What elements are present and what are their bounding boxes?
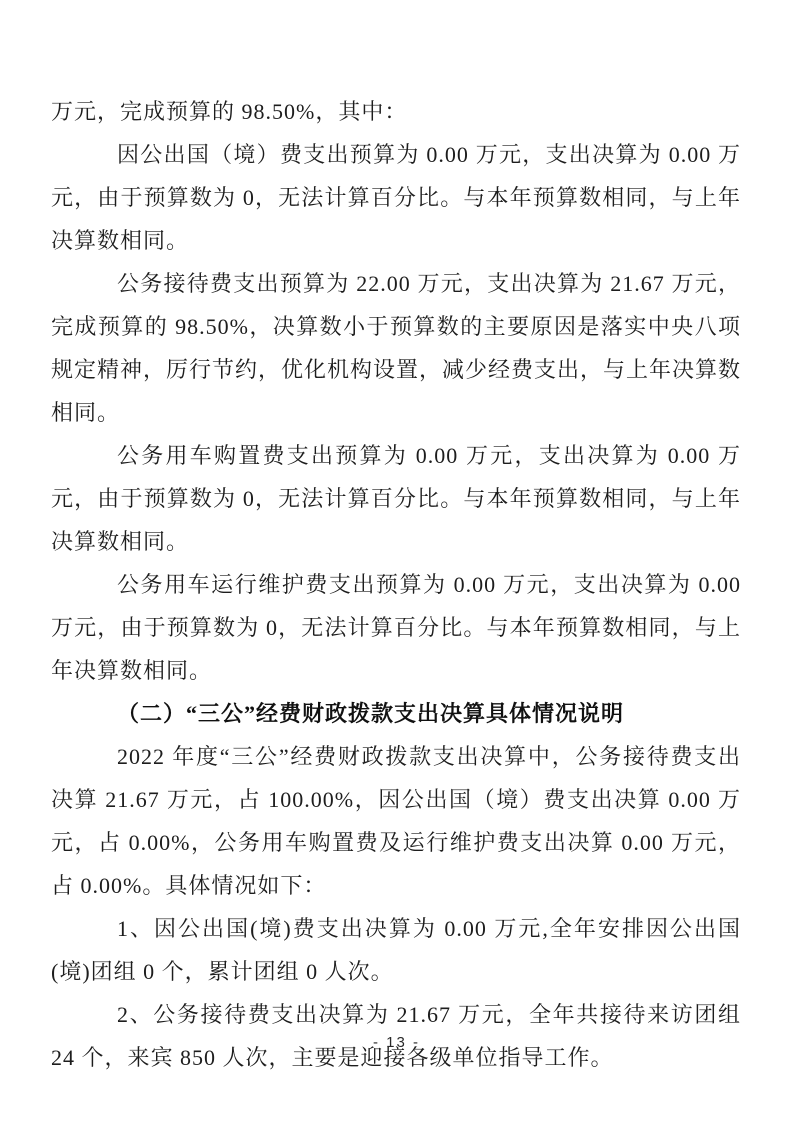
- paragraph-vehicle-purchase: 公务用车购置费支出预算为 0.00 万元，支出决算为 0.00 万元，由于预算数…: [51, 434, 741, 563]
- paragraph-vehicle-maintenance: 公务用车运行维护费支出预算为 0.00 万元，支出决算为 0.00 万元，由于预…: [51, 563, 741, 692]
- page-footer: - 13 -: [0, 1033, 793, 1053]
- document-body: 万元，完成预算的 98.50%，其中： 因公出国（境）费支出预算为 0.00 万…: [51, 90, 741, 1079]
- document-page: 万元，完成预算的 98.50%，其中： 因公出国（境）费支出预算为 0.00 万…: [0, 0, 793, 1122]
- page-number: - 13 -: [373, 1034, 420, 1051]
- section-heading: （二）“三公”经费财政拨款支出决算具体情况说明: [51, 692, 741, 735]
- paragraph-continuation: 万元，完成预算的 98.50%，其中：: [51, 90, 741, 133]
- paragraph-official-reception: 公务接待费支出预算为 22.00 万元，支出决算为 21.67 万元，完成预算的…: [51, 262, 741, 434]
- paragraph-foreign-travel: 因公出国（境）费支出预算为 0.00 万元，支出决算为 0.00 万元，由于预算…: [51, 133, 741, 262]
- paragraph-item-1: 1、因公出国(境)费支出决算为 0.00 万元,全年安排因公出国(境)团组 0 …: [51, 907, 741, 993]
- paragraph-summary-2022: 2022 年度“三公”经费财政拨款支出决算中，公务接待费支出决算 21.67 万…: [51, 735, 741, 907]
